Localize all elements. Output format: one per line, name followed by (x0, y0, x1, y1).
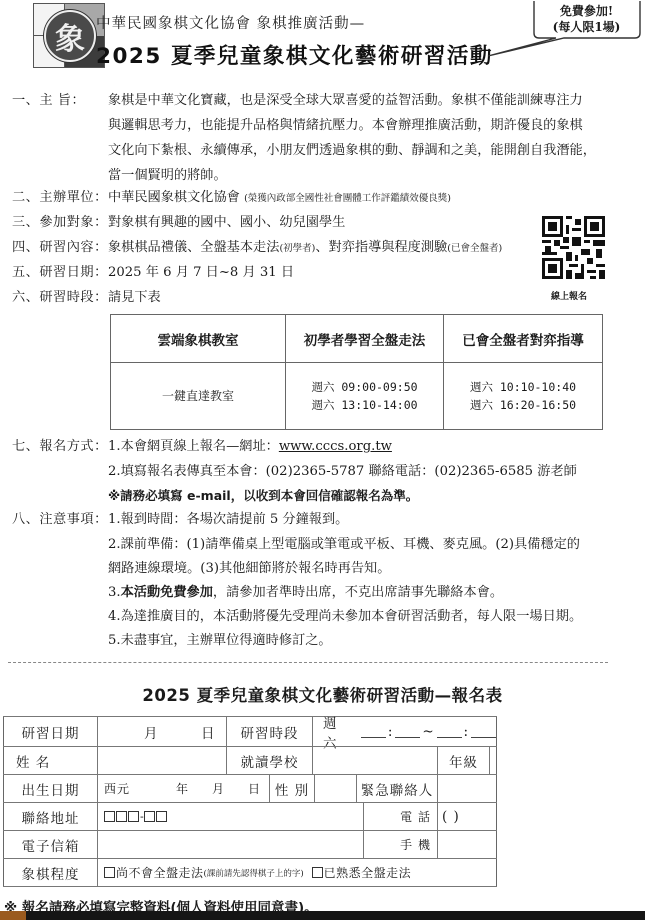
website-link[interactable]: www.cccs.org.tw (279, 439, 392, 454)
classroom-link[interactable]: 一鍵直達教室 (111, 363, 286, 430)
beginner-times: 週六 09:00-09:50 週六 13:10-14:00 (286, 363, 444, 430)
gender-input[interactable] (314, 775, 356, 802)
level-beginner-checkbox[interactable] (104, 867, 115, 878)
association-logo: 象 (33, 3, 105, 68)
form-row-level: 象棋程度 尚不會全盤走法(課前請先認得棋子上的字) 已熟悉全盤走法 (3, 859, 497, 886)
form-row-email: 電子信箱 手 機 (3, 831, 497, 858)
qr-code-label: 線上報名 (551, 289, 587, 302)
form-row-date: 研習日期 月 日 研習時段 週六 :~: (3, 717, 497, 746)
form-row-birth: 出生日期 西元 年 月 日 性 別 緊急聯絡人 (3, 775, 497, 802)
email-input[interactable] (97, 831, 363, 858)
phone-input[interactable]: ( ) (437, 803, 498, 830)
mobile-input[interactable] (437, 831, 498, 858)
schedule-table-header: 雲端象棋教室 初學者學習全盤走法 已會全盤者對弈指導 (111, 315, 603, 363)
section-purpose: 一、主 旨： 象棋是中華文化寶藏，也是深受全球大眾喜愛的益智活動。象棋不僅能訓練… (0, 89, 645, 189)
organization-line: 中華民國象棋文化協會 象棋推廣活動— (96, 12, 365, 33)
birthdate-input[interactable]: 西元 年 月 日 (97, 775, 269, 802)
name-input[interactable] (97, 747, 226, 774)
session-input[interactable]: 週六 :~: (312, 717, 498, 746)
header-advanced: 已會全盤者對弈指導 (444, 315, 603, 363)
address-input[interactable]: - (97, 803, 363, 830)
bottom-bar (0, 911, 645, 920)
free-participation-badge: 免費參加! (每人限1場) (535, 3, 638, 35)
school-input[interactable] (312, 747, 437, 774)
emergency-contact-input[interactable] (437, 775, 498, 802)
chess-piece-icon: 象 (44, 10, 96, 62)
level-familiar-checkbox[interactable] (312, 867, 323, 878)
date-input[interactable]: 月 日 (97, 717, 226, 746)
form-row-address: 聯絡地址 - 電 話 ( ) (3, 803, 497, 830)
schedule-table-row: 一鍵直達教室 週六 09:00-09:50 週六 13:10-14:00 週六 … (111, 363, 603, 430)
section-label: 一、主 旨： (12, 89, 85, 113)
bottom-bar-accent (0, 911, 26, 920)
schedule-table: 雲端象棋教室 初學者學習全盤走法 已會全盤者對弈指導 一鍵直達教室 週六 09:… (110, 314, 603, 430)
advanced-times: 週六 10:10-10:40 週六 16:20-16:50 (444, 363, 603, 430)
header-beginner: 初學者學習全盤走法 (286, 315, 444, 363)
header-cloud-classroom: 雲端象棋教室 (111, 315, 286, 363)
grade-input[interactable] (489, 747, 498, 774)
level-options: 尚不會全盤走法(課前請先認得棋子上的字) 已熟悉全盤走法 (97, 859, 498, 886)
form-title: 2025 夏季兒童象棋文化藝術研習活動—報名表 (0, 682, 645, 706)
page-title: 2025 夏季兒童象棋文化藝術研習活動 (96, 39, 493, 70)
cut-line-divider (8, 662, 608, 663)
form-row-name: 姓 名 就讀學校 年級 (3, 747, 497, 774)
qr-code[interactable] (542, 216, 605, 279)
